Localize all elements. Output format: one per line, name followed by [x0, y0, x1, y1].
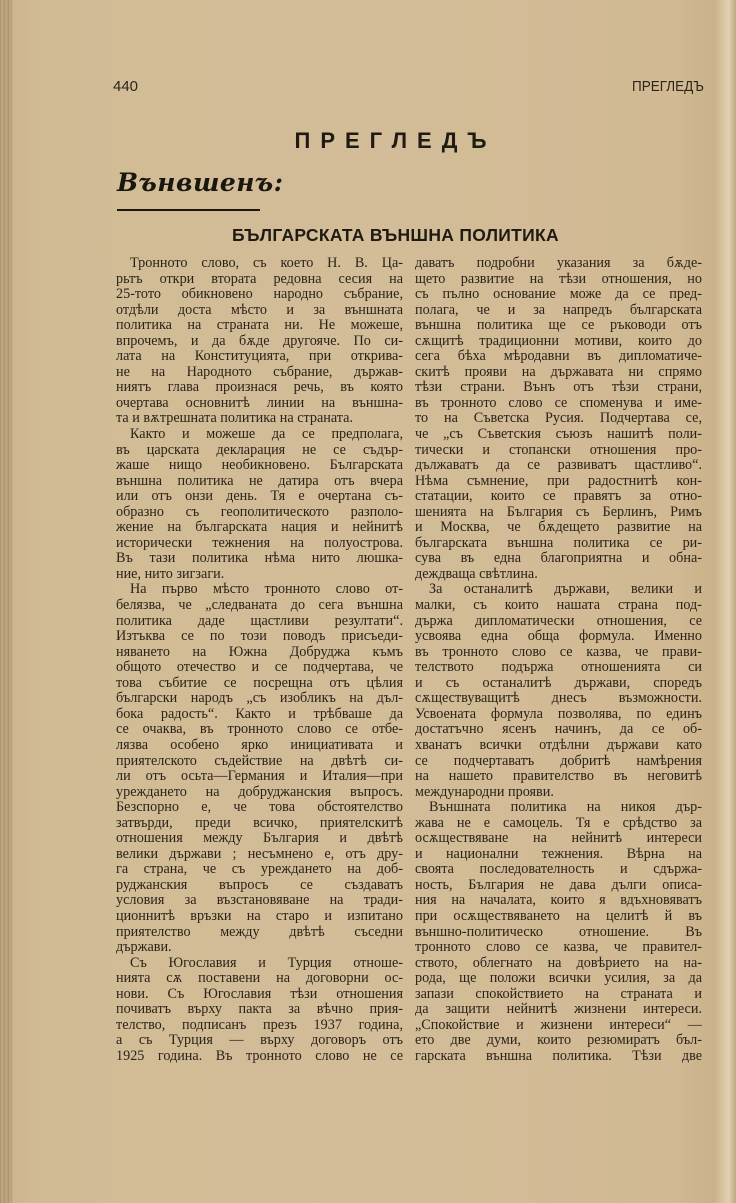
text-line: гарската външна политика. Тѣзи две — [415, 1049, 702, 1065]
text-line: сува въ една благоприятна и обна- — [415, 551, 702, 567]
text-line: полага, че и за напредъ българската — [415, 303, 702, 319]
text-line: приятелство между двѣтѣ съседни — [116, 925, 403, 941]
text-line: щето развитие на тѣзи отношения, но — [415, 272, 702, 288]
handwritten-underline — [117, 209, 260, 211]
text-line: държа дипломатически отношения, се — [415, 614, 702, 630]
text-line: въ тронното слово се казва, че прави- — [415, 645, 702, 661]
text-line: Въ тази политика нѣма нито люшка- — [116, 551, 403, 567]
text-line: ционнитѣ връзки на старо и изпитано — [116, 909, 403, 925]
text-line: Както и можеше да се предполага, — [116, 427, 403, 443]
text-line: лата на Конституцията, при открива- — [116, 349, 403, 365]
text-line: тѣзи страни. Вънъ отъ тѣзи страни, — [415, 380, 702, 396]
text-line: жение на българската нация и нейнитѣ — [116, 520, 403, 536]
handwritten-annotation: Вънвшенъ: — [117, 168, 283, 197]
text-line: няването на Южна Добруджа къмъ — [116, 645, 403, 661]
text-line: политика на страната ни. Не можеше, — [116, 318, 403, 334]
text-line: 25-тото обикновено народно събрание, — [116, 287, 403, 303]
text-line: На първо мѣсто тронното слово от- — [116, 582, 403, 598]
text-line: или отъ онзи день. Тя е очертана съ- — [116, 489, 403, 505]
text-line: политика даде щастливи резултати“. — [116, 614, 403, 630]
text-line: то на Съветска Русия. Подчертава се, — [415, 411, 702, 427]
text-line: и национални тежнения. Вѣрна на — [415, 847, 702, 863]
text-line: да защити нейнитѣ жизнени интереси. — [415, 1002, 702, 1018]
text-line: условия за възстановяване на тради- — [116, 893, 403, 909]
text-line: се очаква, въ тронното слово се отбе- — [116, 722, 403, 738]
text-line: 1925 година. Въ тронното слово не се — [116, 1049, 403, 1065]
text-line: уреждането на добруджанския въпросъ. — [116, 785, 403, 801]
article-title: БЪЛГАРСКАТА ВЪНШНА ПОЛИТИКА — [0, 225, 736, 246]
text-line: своята последователность и сдържа- — [415, 862, 702, 878]
running-title: ПРЕГЛЕДЪ — [632, 78, 704, 95]
text-line: хванатъ всички отдѣлни държави като — [415, 738, 702, 754]
text-line: се подчертаватъ добритѣ намѣрения — [415, 754, 702, 770]
text-line: статации, които се правятъ за отно- — [415, 489, 702, 505]
text-line: ние, нито зигзаги. — [116, 567, 403, 583]
text-line: велики държави ; несъмнено е, отъ дру- — [116, 847, 403, 863]
text-line: Усвоената формула позволява, по единъ — [415, 707, 702, 723]
text-line: при осѫществяването на целитѣ й въ — [415, 909, 702, 925]
text-line: Тронното слово, съ което Н. В. Ца- — [116, 256, 403, 272]
text-line: За останалитѣ държави, велики и — [415, 582, 702, 598]
text-line: Съ Югославия и Турция отноше- — [116, 956, 403, 972]
text-line: даватъ подробни указания за бѫде- — [415, 256, 702, 272]
section-title: ПРЕГЛЕДЪ — [0, 128, 736, 154]
text-line: телството подържа отношенията си — [415, 660, 702, 676]
text-line: отношения между България и двѣтѣ — [116, 831, 403, 847]
text-line: деждваща свѣтлина. — [415, 567, 702, 583]
text-line: и Москва, че бѫдещето развитие на — [415, 520, 702, 536]
text-line: малки, съ които нашата страна под- — [415, 598, 702, 614]
text-line: скитѣ прояви на държавата ни спрямо — [415, 365, 702, 381]
text-line: ность, България не дава дълги описа- — [415, 878, 702, 894]
text-line: та и вѫтрешната политика на страната. — [116, 411, 403, 427]
text-line: че „съ Съветския съюзъ нашитѣ поли- — [415, 427, 702, 443]
text-line: не на Народното събрание, държав- — [116, 365, 403, 381]
text-line: очертава основнитѣ линии на външна- — [116, 396, 403, 412]
text-line: и съ останалитѣ държави, споредъ — [415, 676, 702, 692]
text-line: тически и стопански отношения про- — [415, 443, 702, 459]
text-line: международни прояви. — [415, 785, 702, 801]
text-line: въ царската декларация не се съдър- — [116, 443, 403, 459]
text-line: га страна, че съ уреждането на доб- — [116, 862, 403, 878]
text-line: общото отечество и се подчертава, че — [116, 660, 403, 676]
text-line: външна политика не датира отъ вчера — [116, 474, 403, 490]
text-line: приятелското съдействие на двѣтѣ си- — [116, 754, 403, 770]
text-line: осѫществяване на нейнитѣ интереси — [415, 831, 702, 847]
page-binding-edge — [0, 0, 12, 1203]
text-line: впрочемъ, и да бѫде другояче. По си- — [116, 334, 403, 350]
page-number: 440 — [113, 78, 138, 95]
text-line: съ пълно основание може да се пред- — [415, 287, 702, 303]
text-line: ли отъ осьта—Германия и Италия—при — [116, 769, 403, 785]
text-line: Външната политика на никоя дър- — [415, 800, 702, 816]
text-line: бока радость“. Както и трѣбваше да — [116, 707, 403, 723]
text-line: тронното слово се казва, че правител- — [415, 940, 702, 956]
text-line: ния на началата, които я вдъхновяватъ — [415, 893, 702, 909]
text-line: нията сѫ поставени на договорни ос- — [116, 971, 403, 987]
text-line: дължаватъ да се развиватъ щастливо“. — [415, 458, 702, 474]
text-line: въ тронното слово се споменува и име- — [415, 396, 702, 412]
text-line: телство, подписанъ презъ 1937 година, — [116, 1018, 403, 1034]
text-line: жаше нищо необикновено. Българската — [116, 458, 403, 474]
text-line: руджанския въпросъ се създаватъ — [116, 878, 403, 894]
text-line: белязва, че „следваната до сега външна — [116, 598, 403, 614]
text-line: сега бѣха мѣродавни въ дипломатиче- — [415, 349, 702, 365]
text-line: нови. Съ Югославия тѣзи отношения — [116, 987, 403, 1003]
left-column: Тронното слово, съ което Н. В. Ца-рьтъ о… — [116, 256, 403, 1064]
text-line: усвоява една обща формула. Именно — [415, 629, 702, 645]
text-line: рьтъ откри втората редовна сесия на — [116, 272, 403, 288]
text-line: запази спокойствието на страната и — [415, 987, 702, 1003]
text-line: Изтъква се по този поводъ присъеди- — [116, 629, 403, 645]
text-line: външна политика ще се ръководи отъ — [415, 318, 702, 334]
text-line: „Спокойствие и жизнени интереси“ — — [415, 1018, 702, 1034]
right-column: даватъ подробни указания за бѫде-щето ра… — [415, 256, 702, 1064]
text-line: държави. — [116, 940, 403, 956]
text-line: почиватъ върху пакта за вѣчно прия- — [116, 1002, 403, 1018]
text-line: на нашето правителство въ неговитѣ — [415, 769, 702, 785]
text-line: български народъ „съ изобликъ на дъл- — [116, 691, 403, 707]
text-line: Безспорно е, че това обстоятелство — [116, 800, 403, 816]
text-line: това събитие се посрещна отъ цѣлия — [116, 676, 403, 692]
text-line: жава не е самоцель. Тя е срѣдство за — [415, 816, 702, 832]
text-line: рода, ще положи всички усилия, за да — [415, 971, 702, 987]
text-line: ството, облегнато на довѣрието на на- — [415, 956, 702, 972]
scanned-page: 440 ПРЕГЛЕДЪ ПРЕГЛЕДЪ Вънвшенъ: БЪЛГАРСК… — [0, 0, 736, 1203]
text-line: отдѣли доста мѣсто и за външната — [116, 303, 403, 319]
text-line: българската външна политика се ри- — [415, 536, 702, 552]
text-line: а съ Турция — върху договоръ отъ — [116, 1033, 403, 1049]
text-line: сѫщитѣ традиционни мотиви, които до — [415, 334, 702, 350]
article-body: Тронното слово, съ което Н. В. Ца-рьтъ о… — [116, 256, 702, 1064]
text-line: образно съ геополитическото разполо- — [116, 505, 403, 521]
text-line: ето две думи, които резюмиратъ бъл- — [415, 1033, 702, 1049]
text-line: външно-политическо отношение. Въ — [415, 925, 702, 941]
text-line: шенията на България съ Берлинъ, Римъ — [415, 505, 702, 521]
running-header: 440 ПРЕГЛЕДЪ — [113, 78, 704, 95]
text-line: Нѣма съмнение, при радостнитѣ кон- — [415, 474, 702, 490]
text-line: сѫществуващитѣ днесъ възможности. — [415, 691, 702, 707]
text-line: затвърди, преди всичко, приятелскитѣ — [116, 816, 403, 832]
text-line: ниятъ глава произнася речь, въ която — [116, 380, 403, 396]
text-line: исторически тежнения на полуострова. — [116, 536, 403, 552]
text-line: достатъчно ясенъ начинъ, да се об- — [415, 722, 702, 738]
text-line: лязва особено ярко инициативата и — [116, 738, 403, 754]
